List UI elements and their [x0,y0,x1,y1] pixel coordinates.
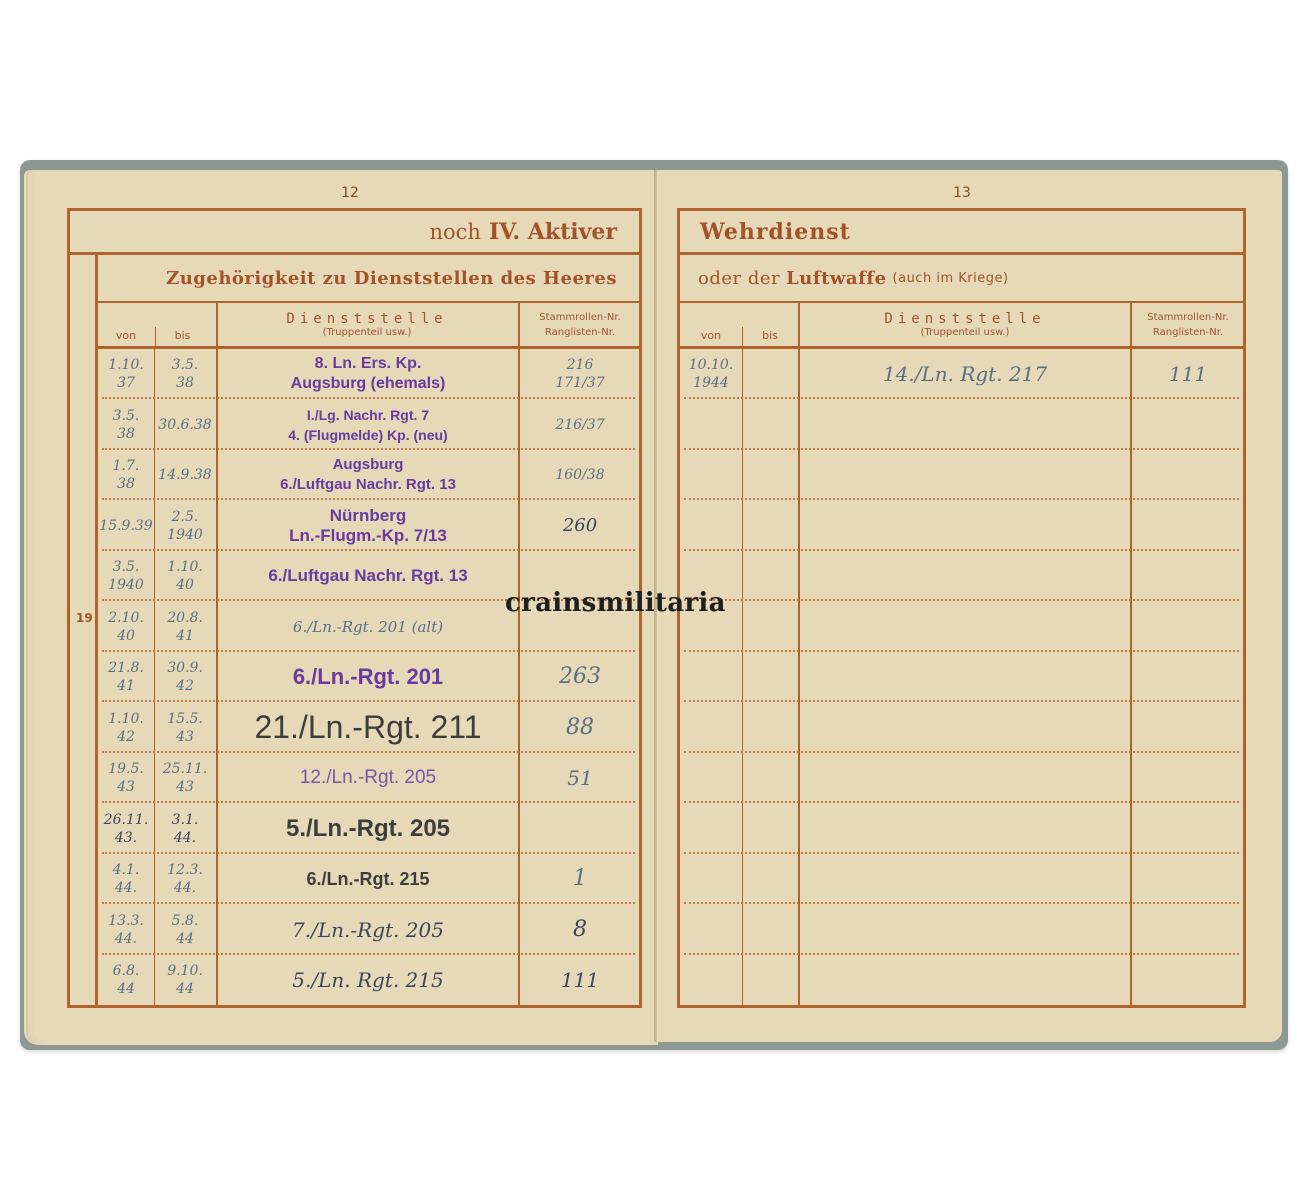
divider [1130,303,1132,1005]
cell-nr: 160/38 [520,450,640,500]
cell-nr: 216/37 [520,400,640,450]
cell-bis: 3.1. 44. [155,804,215,854]
table-row [680,955,1243,1005]
cell-nr [1132,450,1244,500]
nr-text: 216/37 [555,416,604,434]
cell-von: 1.7. 38 [98,450,154,500]
dienststelle-text: Augsburg 6./Luftgau Nachr. Rgt. 13 [280,455,456,495]
cell-von: 1.10. 37 [98,349,154,399]
bis-text: 15.5. 43 [167,710,203,746]
table-row: 10.10. 194414./Ln. Rgt. 217111 [680,349,1243,399]
cell-dienststelle [800,652,1130,702]
bis-text: 14.9.38 [158,466,211,484]
cell-dienststelle [800,501,1130,551]
cell-nr: 111 [1132,349,1244,399]
divider [216,303,218,1005]
cell-von: 15.9.39 [98,501,154,551]
bis-text: 2.5. 1940 [167,508,203,544]
nr-text: 260 [563,517,597,535]
cell-bis: 1.10. 40 [155,551,215,601]
cell-dienststelle: Nürnberg Ln.-Flugm.-Kp. 7/13 [218,501,518,551]
divider [798,303,800,1005]
cell-nr [1132,955,1244,1005]
dienststelle-text: 14./Ln. Rgt. 217 [883,365,1047,383]
cell-von [680,804,742,854]
cell-von: 21.8. 41 [98,652,154,702]
bis-text: 30.6.38 [158,416,211,434]
dienststelle-text: Nürnberg Ln.-Flugm.-Kp. 7/13 [289,506,447,546]
cell-bis [742,753,798,803]
cell-nr [1132,551,1244,601]
cell-dienststelle: 6./Ln.-Rgt. 201 (alt) [218,602,518,652]
nr-text: 1 [573,870,587,888]
von-text: 2.10. 40 [108,609,144,645]
dienststelle-text: 5./Ln. Rgt. 215 [292,971,443,989]
col-nr-line1: Stammrollen-Nr. [1147,310,1228,325]
cell-bis: 3.5. 38 [155,349,215,399]
cell-nr: 51 [520,753,640,803]
dienststelle-text: 7./Ln.-Rgt. 205 [292,921,444,939]
cell-bis [742,703,798,753]
von-text: 13.3. 44. [108,912,144,948]
von-text: 21.8. 41 [108,659,144,695]
cell-von [680,501,742,551]
table-row [680,551,1243,601]
col-nr-line2: Ranglisten-Nr. [1153,325,1223,340]
cell-bis: 14.9.38 [155,450,215,500]
table-row: 15.9.392.5. 1940Nürnberg Ln.-Flugm.-Kp. … [98,501,639,551]
cell-von: 2.10. 40 [98,602,154,652]
cell-von [680,450,742,500]
table-row: 4.1. 44.12.3. 44.6./Ln.-Rgt. 2151 [98,854,639,904]
cell-nr [1132,652,1244,702]
cell-bis: 15.5. 43 [155,703,215,753]
cell-von [680,400,742,450]
cell-nr [1132,854,1244,904]
cell-dienststelle: I./Lg. Nachr. Rgt. 7 4. (Flugmelde) Kp. … [218,400,518,450]
col-dienststelle-sub: (Truppenteil usw.) [323,327,412,338]
table-row: 6.8. 449.10. 445./Ln. Rgt. 215111 [98,955,639,1005]
cell-bis [742,551,798,601]
divider [742,349,743,1005]
cell-von: 26.11. 43. [98,804,154,854]
cell-nr: 1 [520,854,640,904]
cell-dienststelle [800,450,1130,500]
left-table-body: 1.10. 373.5. 388. Ln. Ers. Kp. Augsburg … [98,349,639,1005]
col-dienststelle-label: Dienststelle [286,311,447,327]
table-row: 1.7. 3814.9.38Augsburg 6./Luftgau Nachr.… [98,450,639,500]
col-nr: Stammrollen-Nr. Ranglisten-Nr. [520,303,640,346]
cell-nr: 216 171/37 [520,349,640,399]
nr-text: 111 [1169,365,1207,383]
von-text: 19.5. 43 [108,760,144,796]
subtitle-prefix: oder der [698,268,780,289]
table-row: 26.11. 43.3.1. 44.5./Ln.-Rgt. 205 [98,804,639,854]
table-row: 21.8. 4130.9. 426./Ln.-Rgt. 201263 [98,652,639,702]
bis-text: 12.3. 44. [167,861,203,897]
von-text: 26.11. 43. [104,811,149,847]
cell-bis: 12.3. 44. [155,854,215,904]
cell-dienststelle [800,804,1130,854]
table-row: 19.5. 4325.11. 4312./Ln.-Rgt. 20551 [98,753,639,803]
cell-nr [1132,753,1244,803]
left-page-number: 12 [330,185,370,201]
table-row [680,602,1243,652]
cell-von: 3.5. 1940 [98,551,154,601]
cell-bis [742,955,798,1005]
dienststelle-text: I./Lg. Nachr. Rgt. 7 4. (Flugmelde) Kp. … [288,405,447,445]
right-title: Wehrdienst [680,211,1243,255]
col-von: von [680,303,742,346]
cell-bis [742,602,798,652]
col-nr-line1: Stammrollen-Nr. [539,310,620,325]
left-table-header: von bis Dienststelle (Truppenteil usw.) … [98,303,639,349]
cell-von [680,955,742,1005]
cell-dienststelle: 6./Luftgau Nachr. Rgt. 13 [218,551,518,601]
cell-bis [742,804,798,854]
cell-dienststelle: 8. Ln. Ers. Kp. Augsburg (ehemals) [218,349,518,399]
nr-text: 160/38 [555,466,604,484]
cell-von: 1.10. 42 [98,703,154,753]
cell-bis [742,400,798,450]
cell-von: 6.8. 44 [98,955,154,1005]
cell-bis: 2.5. 1940 [155,501,215,551]
dienststelle-text: 8. Ln. Ers. Kp. Augsburg (ehemals) [291,354,446,394]
col-nr: Stammrollen-Nr. Ranglisten-Nr. [1132,303,1244,346]
nr-text: 88 [566,719,594,737]
table-row [680,804,1243,854]
cell-nr [1132,703,1244,753]
cell-dienststelle [800,400,1130,450]
cell-bis: 30.9. 42 [155,652,215,702]
von-text: 10.10. 1944 [689,356,734,392]
col-dienststelle: Dienststelle (Truppenteil usw.) [216,303,518,346]
nr-text: 263 [559,668,601,686]
cell-von: 4.1. 44. [98,854,154,904]
bis-text: 3.5. 38 [172,356,199,392]
von-text: 3.5. 38 [113,407,140,443]
dienststelle-text: 6./Luftgau Nachr. Rgt. 13 [268,566,467,586]
cell-nr [1132,804,1244,854]
watermark-text: crainsmilitaria [505,588,726,618]
table-row [680,905,1243,955]
col-dienststelle-label: Dienststelle [884,311,1045,327]
col-dienststelle-sub: (Truppenteil usw.) [921,327,1010,338]
dienststelle-text: 6./Ln.-Rgt. 201 (alt) [293,618,443,636]
cell-von [680,703,742,753]
cell-dienststelle: 12./Ln.-Rgt. 205 [218,753,518,803]
cell-dienststelle [800,753,1130,803]
cell-dienststelle [800,703,1130,753]
col-bis: bis [155,303,210,346]
von-text: 6.8. 44 [113,962,140,998]
cell-bis [742,854,798,904]
cell-bis: 9.10. 44 [155,955,215,1005]
cell-bis [742,450,798,500]
cell-von: 3.5. 38 [98,400,154,450]
cell-von [680,905,742,955]
cell-von [680,652,742,702]
cell-bis: 5.8. 44 [155,905,215,955]
dienststelle-text: 6./Ln.-Rgt. 201 [293,667,443,687]
table-row: 3.5. 3830.6.38I./Lg. Nachr. Rgt. 7 4. (F… [98,400,639,450]
cell-nr [1132,905,1244,955]
dienststelle-text: 5./Ln.-Rgt. 205 [286,815,450,843]
bis-text: 3.1. 44. [172,811,199,847]
right-subtitle: oder der Luftwaffe (auch im Kriege) [680,255,1243,303]
bis-text: 9.10. 44 [167,962,203,998]
cell-dienststelle [800,854,1130,904]
divider [154,349,155,1005]
cell-dienststelle: 6./Ln.-Rgt. 201 [218,652,518,702]
cell-dienststelle: 21./Ln.-Rgt. 211 [218,703,518,753]
cell-nr [520,804,640,854]
right-form-frame: Wehrdienst oder der Luftwaffe (auch im K… [677,208,1246,1008]
von-text: 15.9.39 [99,517,152,535]
left-subtitle: Zugehörigkeit zu Dienststellen des Heere… [98,255,639,303]
cell-bis: 20.8. 41 [155,602,215,652]
cell-bis [742,905,798,955]
cell-bis [742,349,798,399]
bis-text: 25.11. 43 [163,760,208,796]
table-row [680,703,1243,753]
cell-dienststelle: 6./Ln.-Rgt. 215 [218,854,518,904]
right-page-number: 13 [942,185,982,201]
cell-nr: 88 [520,703,640,753]
cell-nr: 8 [520,905,640,955]
divider [155,327,156,346]
divider [518,303,520,1005]
table-row: 13.3. 44.5.8. 447./Ln.-Rgt. 2058 [98,905,639,955]
table-row [680,400,1243,450]
col-von: von [98,303,154,346]
cell-dienststelle: 14./Ln. Rgt. 217 [800,349,1130,399]
cell-bis: 25.11. 43 [155,753,215,803]
dienststelle-text: 6./Ln.-Rgt. 215 [306,869,429,890]
dienststelle-text: 21./Ln.-Rgt. 211 [254,709,481,746]
dienststelle-text: 12./Ln.-Rgt. 205 [300,767,436,789]
cell-bis [742,652,798,702]
col-bis: bis [742,303,798,346]
cell-von: 10.10. 1944 [680,349,742,399]
cell-nr: 263 [520,652,640,702]
cell-dienststelle: 7./Ln.-Rgt. 205 [218,905,518,955]
table-row: 1.10. 4215.5. 4321./Ln.-Rgt. 21188 [98,703,639,753]
cell-von: 19.5. 43 [98,753,154,803]
cell-dienststelle [800,905,1130,955]
nr-text: 111 [561,971,599,989]
divider [742,327,743,346]
cell-nr: 260 [520,501,640,551]
cell-nr [1132,602,1244,652]
table-row [680,652,1243,702]
right-table-header: von bis Dienststelle (Truppenteil usw.) … [680,303,1243,349]
cell-bis [742,501,798,551]
col-nr-line2: Ranglisten-Nr. [545,325,615,340]
cell-dienststelle: 5./Ln.-Rgt. 205 [218,804,518,854]
cell-dienststelle [800,955,1130,1005]
cell-nr [1132,400,1244,450]
von-text: 1.10. 37 [108,356,144,392]
cell-nr: 111 [520,955,640,1005]
bis-text: 30.9. 42 [167,659,203,695]
nr-text: 51 [567,769,592,787]
von-text: 1.10. 42 [108,710,144,746]
cell-von [680,854,742,904]
table-row [680,753,1243,803]
von-text: 1.7. 38 [113,457,140,493]
cell-bis: 30.6.38 [155,400,215,450]
nr-text: 216 171/37 [555,356,604,392]
right-table-body: 10.10. 194414./Ln. Rgt. 217111 [680,349,1243,1005]
cell-dienststelle: Augsburg 6./Luftgau Nachr. Rgt. 13 [218,450,518,500]
cell-dienststelle [800,551,1130,601]
col-dienststelle: Dienststelle (Truppenteil usw.) [800,303,1130,346]
cell-dienststelle [800,602,1130,652]
table-row: 1.10. 373.5. 388. Ln. Ers. Kp. Augsburg … [98,349,639,399]
von-text: 4.1. 44. [113,861,140,897]
cell-von: 13.3. 44. [98,905,154,955]
table-row [680,450,1243,500]
cell-nr [1132,501,1244,551]
left-title: noch IV. Aktiver [70,211,639,255]
subtitle-bold: Luftwaffe [786,268,886,289]
side-number: 19 [76,611,93,625]
bis-text: 1.10. 40 [167,558,203,594]
title-prefix: noch [429,220,480,244]
bis-text: 20.8. 41 [167,609,203,645]
bis-text: 5.8. 44 [172,912,199,948]
table-row [680,501,1243,551]
title-main: IV. Aktiver [489,219,617,245]
cell-von [680,753,742,803]
cell-dienststelle: 5./Ln. Rgt. 215 [218,955,518,1005]
table-row [680,854,1243,904]
nr-text: 8 [573,921,587,939]
von-text: 3.5. 1940 [108,558,144,594]
subtitle-suffix: (auch im Kriege) [893,271,1009,286]
